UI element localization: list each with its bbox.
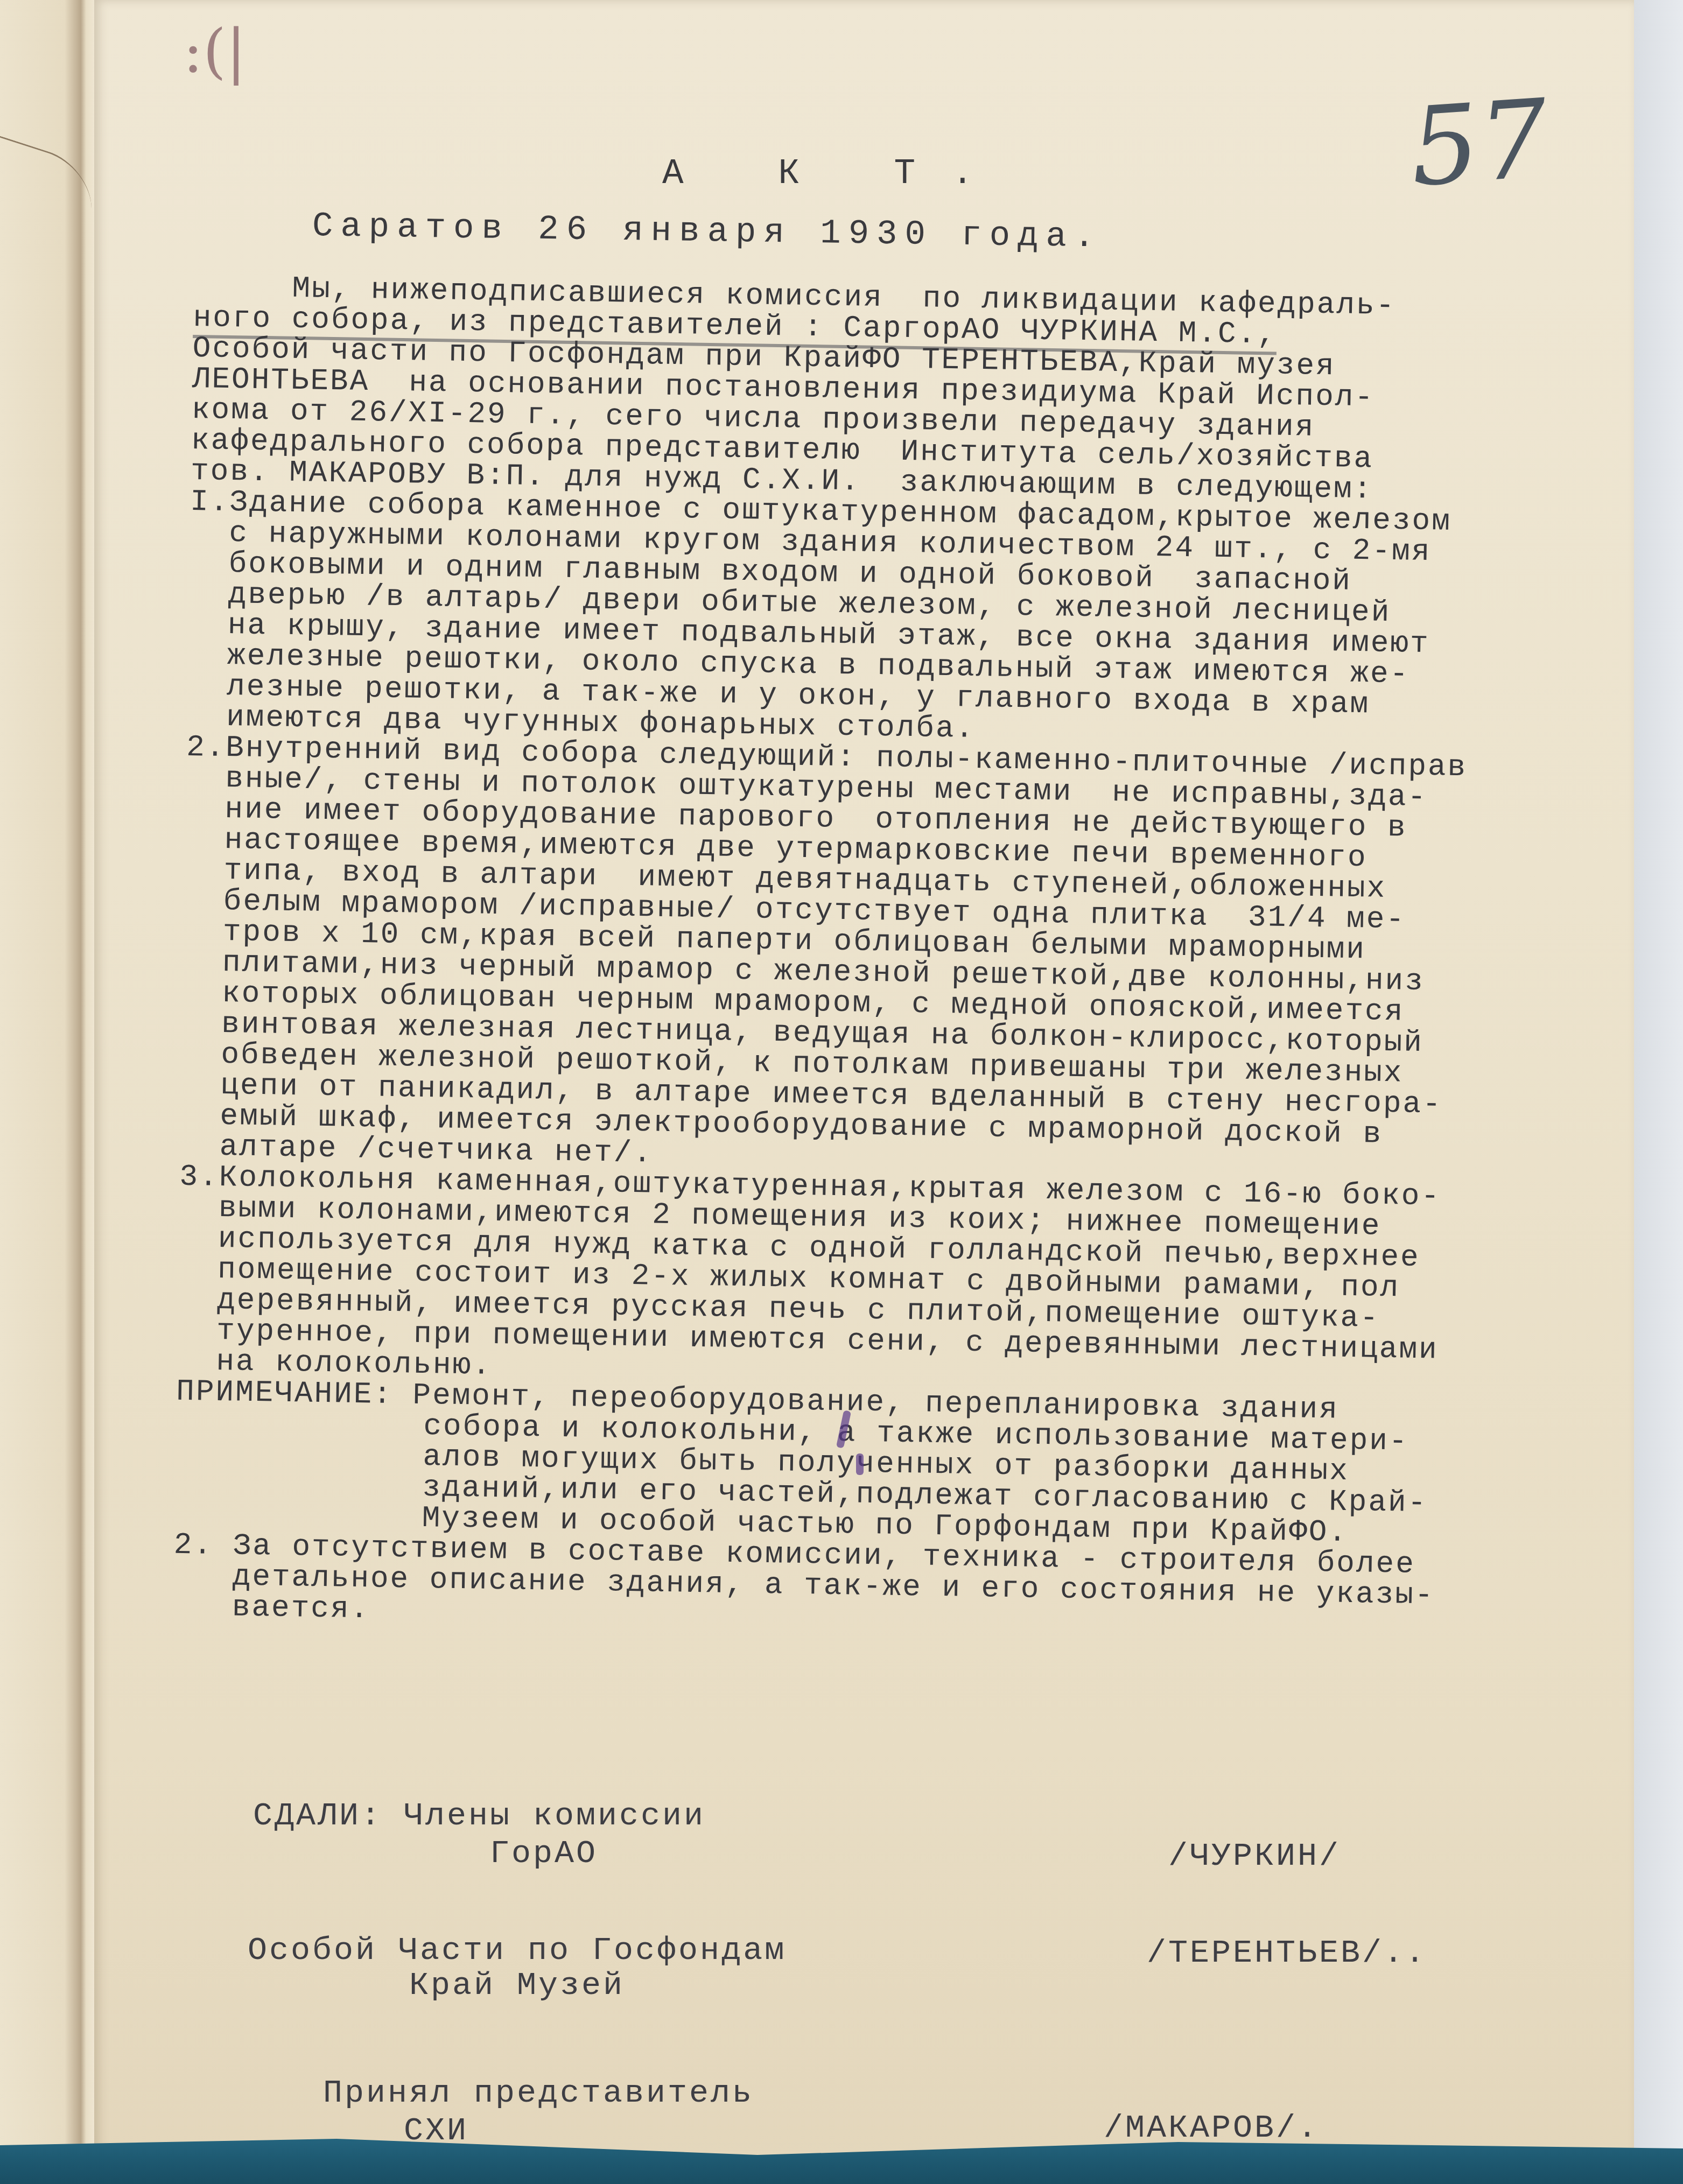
document-body: Мы, нижеподписавшиеся комиссия по ликвид…	[173, 272, 1647, 1645]
purple-ink-mark	[856, 1453, 864, 1475]
special-part-label: Особой Части по Госфондам	[248, 1933, 786, 1969]
binder-spine	[0, 0, 94, 2184]
previous-page-fold	[0, 136, 92, 231]
special-part-signatory: /ТЕРЕНТЬЕВ/..	[1147, 1935, 1427, 1972]
handed-over-label: СДАЛИ: Члены комиссии	[253, 1798, 705, 1835]
document-title: А К Т.	[662, 153, 1010, 194]
accepted-signatory: /МАКАРОВ/.	[1104, 2110, 1319, 2147]
accepted-label: Принял представитель	[323, 2075, 754, 2112]
signature-block: СДАЛИ: Члены комиссии ГорАО /ЧУРКИН/ Осо…	[253, 1787, 1545, 2137]
gorao-signatory: /ЧУРКИН/	[1168, 1838, 1341, 1875]
margin-marks: :(|	[183, 22, 269, 161]
museum-label: Край Музей	[409, 1968, 625, 2004]
gorao-label: ГорАО	[490, 1836, 598, 1872]
handwritten-page-number: 57	[1406, 76, 1552, 210]
note-label: ПРИМЕЧАНИЕ:	[176, 1374, 394, 1412]
